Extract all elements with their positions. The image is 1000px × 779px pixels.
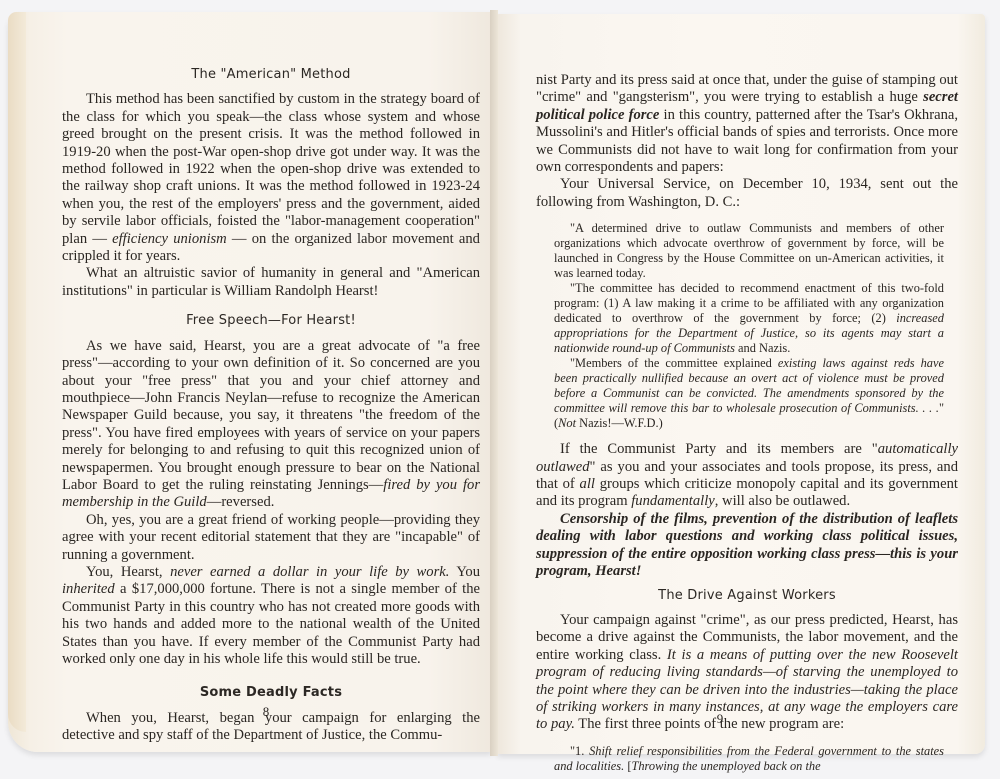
section-heading-american-method: The "American" Method: [62, 66, 480, 83]
quote-paragraph: "1. Shift relief responsibilities from t…: [554, 744, 944, 774]
paragraph: Your campaign against "crime", as our pr…: [536, 612, 958, 734]
section-heading-deadly-facts: Some Deadly Facts: [62, 684, 480, 701]
quote-paragraph: "The committee has decided to recommend …: [554, 281, 944, 356]
page-number-left: 8: [246, 704, 286, 720]
left-page-text: The "American" Method This method has be…: [62, 60, 480, 745]
paragraph: You, Hearst, never earned a dollar in yo…: [62, 564, 480, 668]
section-heading-drive-against-workers: The Drive Against Workers: [536, 587, 958, 604]
right-page-text: nist Party and its press said at once th…: [536, 72, 958, 779]
open-booklet: The "American" Method This method has be…: [0, 0, 1000, 779]
paragraph: Oh, yes, you are a great friend of worki…: [62, 512, 480, 564]
block-quote-universal-service: "A determined drive to outlaw Communists…: [554, 221, 944, 431]
book-gutter: [490, 10, 498, 756]
paragraph: As we have said, Hearst, you are a great…: [62, 338, 480, 512]
paragraph: This method has been sanctified by custo…: [62, 91, 480, 265]
page-number-right: 9: [700, 711, 740, 727]
paragraph: If the Communist Party and its members a…: [536, 441, 958, 511]
section-heading-free-speech: Free Speech—For Hearst!: [62, 312, 480, 329]
left-page-edge: [8, 12, 26, 732]
paragraph: Your Universal Service, on December 10, …: [536, 176, 958, 211]
paragraph: nist Party and its press said at once th…: [536, 72, 958, 176]
quote-paragraph: "A determined drive to outlaw Communists…: [554, 221, 944, 281]
paragraph: What an altruistic savior of humanity in…: [62, 265, 480, 300]
block-quote-program: "1. Shift relief responsibilities from t…: [554, 744, 944, 774]
quote-paragraph: "Members of the committee explained exis…: [554, 356, 944, 431]
paragraph: Censorship of the films, prevention of t…: [536, 511, 958, 581]
